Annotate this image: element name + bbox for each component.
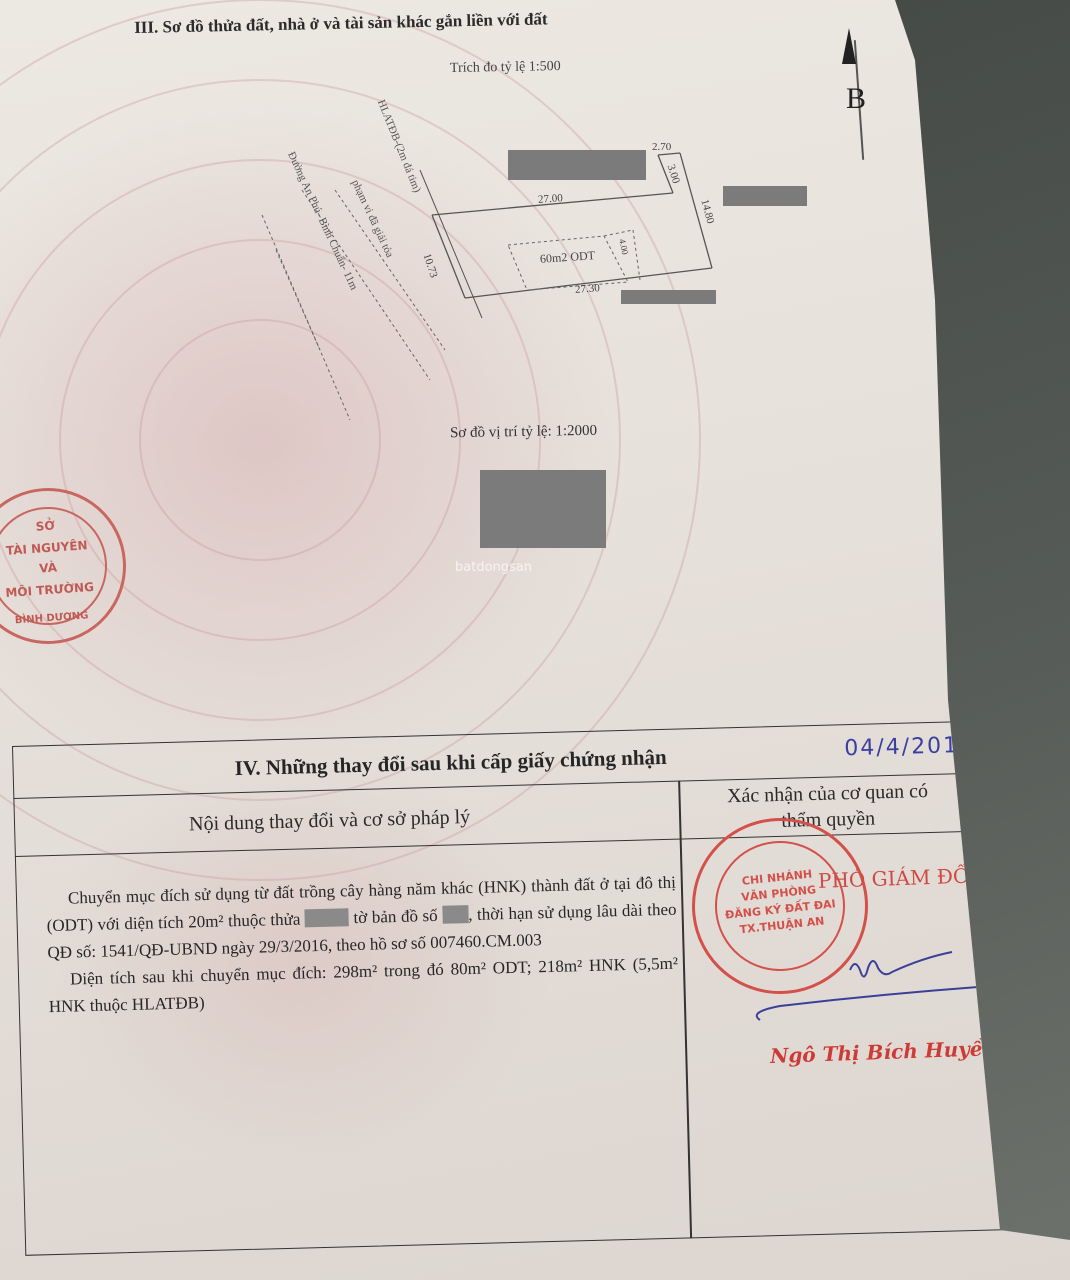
- redacted-block: [508, 150, 646, 180]
- dim-corner-top: 2.70: [652, 141, 671, 153]
- left-red-seal: SỞ TÀI NGUYÊN VÀ MÔI TRƯỜNG BÌNH DƯƠNG: [0, 483, 131, 650]
- redacted-block: [621, 290, 716, 304]
- watermark-text: batdongsan: [455, 560, 532, 575]
- redacted-map-no: [442, 905, 468, 924]
- redacted-block: [723, 186, 807, 206]
- content-p1b: tờ bản đồ số: [353, 906, 438, 927]
- redacted-location-map: [480, 470, 606, 548]
- dim-top: 27.00: [538, 192, 564, 206]
- plot-diagram: [0, 0, 1070, 460]
- change-content: Chuyển mục đích sử dụng từ đất trồng cây…: [46, 869, 679, 1020]
- section-4-title: IV. Những thay đổi sau khi cấp giấy chứn…: [234, 745, 667, 781]
- certificate-page: III. Sơ đồ thửa đất, nhà ở và tài sản kh…: [0, 0, 1070, 1280]
- location-scale-label: Sơ đồ vị trí tỷ lệ: 1:2000: [450, 423, 597, 443]
- col-content-header: Nội dung thay đổi và cơ sở pháp lý: [189, 806, 471, 836]
- redacted-parcel-no: [305, 908, 349, 927]
- dim-bottom: 27.30: [575, 282, 601, 296]
